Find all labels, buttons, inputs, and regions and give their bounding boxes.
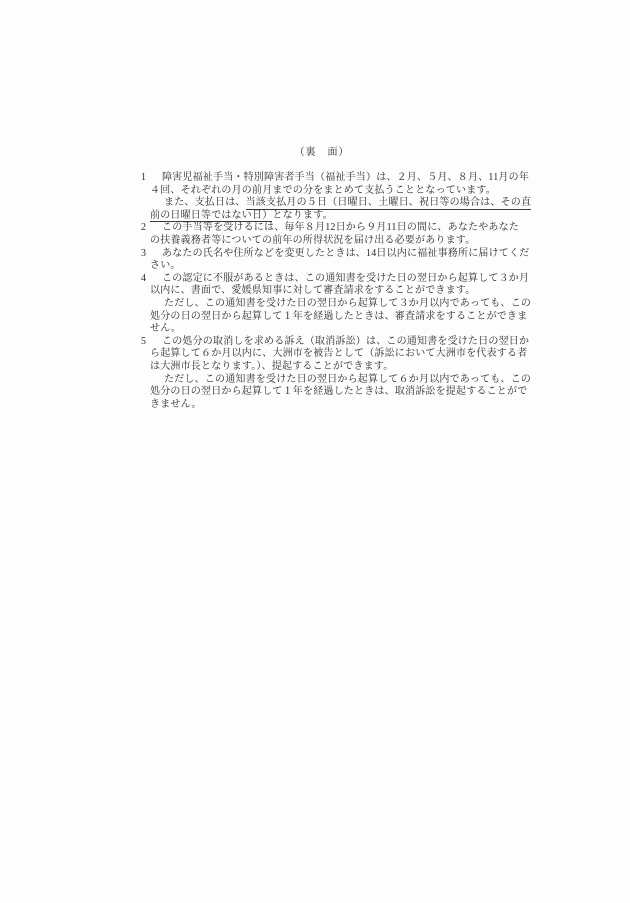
doc-line: 5この処分の取消しを求める訴え（取消訴訟）は、この通知書を受けた日の翌日か <box>141 336 521 349</box>
doc-line: 3あなたの氏名や住所などを変更したときは、14日以内に福祉事務所に届けてくだ <box>141 248 521 261</box>
doc-line: 2この手当等を受けるには、毎年８月12日から９月11日の間に、あなたやあなた <box>141 222 521 235</box>
item-number: 5 <box>141 336 146 349</box>
text-segment: は大洲市長となります。）、提起することができます。 <box>150 361 393 372</box>
text-segment: せん。 <box>150 323 181 334</box>
doc-line: ４回、それぞれの月の前月までの分をまとめて支払うこととなっています。 <box>141 185 521 198</box>
doc-line: 前の日曜日等ではない日）となります。 <box>141 210 521 223</box>
text-segment: ただし、この通知書を受けた日の翌日から起算して６か月以内であっても、この <box>164 374 531 385</box>
doc-line: 処分の日の翌日から起算して１年を経過したときは、審査請求をすることができま <box>141 311 521 324</box>
doc-line: ら起算して６か月以内に、大洲市を被告として（訴訟において大洲市を代表する者 <box>141 348 521 361</box>
text-segment: さい。 <box>150 260 181 271</box>
doc-line: きません。 <box>141 399 521 412</box>
doc-line: 処分の日の翌日から起算して１年を経過したときは、取消訴訟を提起することがで <box>141 386 521 399</box>
text-segment: ４回、それぞれの月の前月までの分をまとめて支払うこととなっています。 <box>150 185 496 196</box>
doc-line: また、支払日は、当該支払月の５日（日曜日、土曜日、祝日等の場合は、その直 <box>141 197 521 210</box>
doc-line: ただし、この通知書を受けた日の翌日から起算して３か月以内であっても、この <box>141 298 521 311</box>
text-segment: きません。 <box>150 399 202 410</box>
text-segment: この手当等を受けるには、毎年８月12日から９月11日の間に、あなたやあなた <box>162 222 519 233</box>
doc-line: 1障害児福祉手当・特別障害者手当（福祉手当）は、２月、５月、８月、11月の年 <box>141 172 521 185</box>
text-segment: あなたの氏名や住所などを変更したときは、14日以内に福祉事務所に届けてくだ <box>162 248 529 259</box>
doc-line: せん。 <box>141 323 521 336</box>
underlined-segment: 前の日曜日等ではない日） <box>150 210 272 223</box>
text-segment: この認定に不服があるときは、この通知書を受けた日の翌日から起算して３か月 <box>162 273 529 284</box>
doc-line: さい。 <box>141 260 521 273</box>
doc-lines: 1障害児福祉手当・特別障害者手当（福祉手当）は、２月、５月、８月、11月の年４回… <box>141 172 521 411</box>
text-segment: ただし、この通知書を受けた日の翌日から起算して３か月以内であっても、この <box>164 298 531 309</box>
item-number: 4 <box>141 273 146 286</box>
text-segment: となります。 <box>272 210 332 221</box>
item-number: 3 <box>141 248 146 261</box>
doc-line: 4この認定に不服があるときは、この通知書を受けた日の翌日から起算して３か月 <box>141 273 521 286</box>
document-page: （裏 面） 1障害児福祉手当・特別障害者手当（福祉手当）は、２月、５月、８月、1… <box>0 0 630 903</box>
item-number: 1 <box>141 172 146 185</box>
text-segment: 以内に、書面で、愛媛県知事に対して審査請求をすることができます。 <box>150 285 475 296</box>
item-number: 2 <box>141 222 146 235</box>
doc-line: 以内に、書面で、愛媛県知事に対して審査請求をすることができます。 <box>141 285 521 298</box>
text-segment: 処分の日の翌日から起算して１年を経過したときは、取消訴訟を提起することがで <box>150 386 527 397</box>
page-title: （裏 面） <box>141 146 503 159</box>
doc-line: の扶養義務者等についての前年の所得状況を届け出る必要があります。 <box>141 235 521 248</box>
doc-line: は大洲市長となります。）、提起することができます。 <box>141 361 521 374</box>
text-segment: の扶養義務者等についての前年の所得状況を届け出る必要があります。 <box>150 235 475 246</box>
text-segment: この処分の取消しを求める訴え（取消訴訟）は、この通知書を受けた日の翌日か <box>162 336 529 347</box>
doc-line: ただし、この通知書を受けた日の翌日から起算して６か月以内であっても、この <box>141 374 521 387</box>
underlined-segment: 当該支払月の５日（日曜日、土曜日、祝日等の場合は、その直 <box>246 197 532 210</box>
text-segment: また、支払日は、 <box>164 197 246 208</box>
text-segment: 処分の日の翌日から起算して１年を経過したときは、審査請求をすることができま <box>150 311 527 322</box>
text-segment: 障害児福祉手当・特別障害者手当（福祉手当）は、２月、５月、８月、11月の年 <box>162 172 529 183</box>
text-segment: ら起算して６か月以内に、大洲市を被告として（訴訟において大洲市を代表する者 <box>150 348 527 359</box>
